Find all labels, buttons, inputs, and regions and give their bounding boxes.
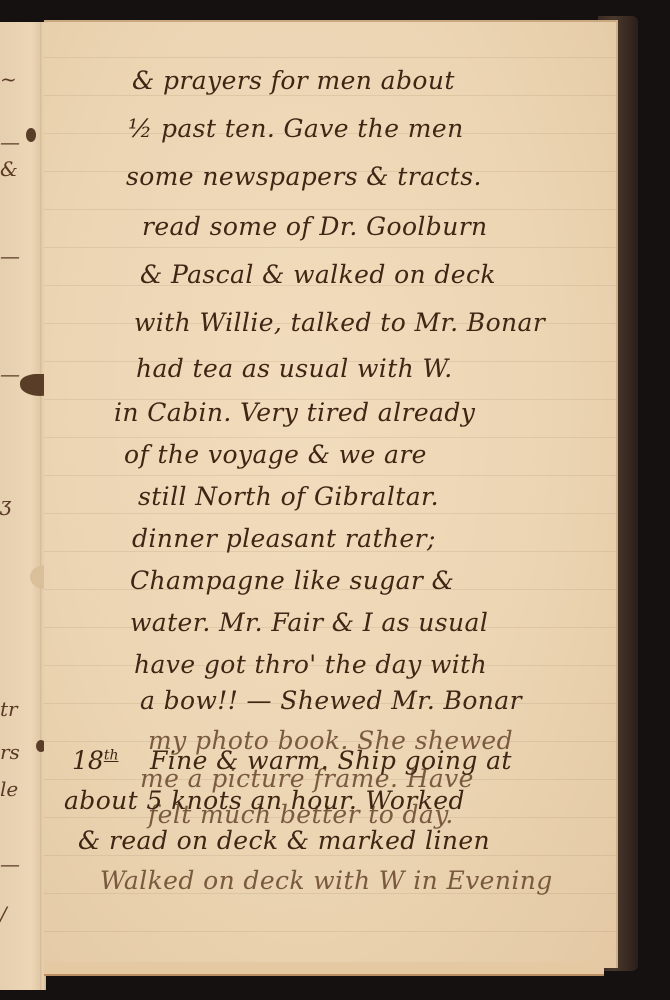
diary-line: in Cabin. Very tired already <box>114 398 475 427</box>
diary-line: ½ past ten. Gave the men <box>128 114 464 143</box>
diary-line: had tea as usual with W. <box>136 354 453 383</box>
diary-line: read some of Dr. Goolburn <box>142 212 488 241</box>
left-page-mark: / <box>0 902 30 926</box>
diary-line: dinner pleasant rather; <box>132 524 436 553</box>
diary-line: Walked on deck with W in Evening <box>100 866 553 895</box>
diary-line: & Pascal & walked on deck <box>140 260 496 289</box>
diary-line: of the voyage & we are <box>124 440 427 469</box>
page-bottom-edge <box>44 962 604 976</box>
diary-line: Fine & warm. Ship going at <box>150 746 512 775</box>
left-page-mark: — <box>0 852 30 876</box>
diary-line: about 5 knots an hour. Worked <box>64 786 465 815</box>
diary-line: a bow!! — Shewed Mr. Bonar <box>140 686 522 715</box>
diary-line: with Willie, talked to Mr. Bonar <box>134 308 545 337</box>
diary-line: & read on deck & marked linen <box>78 826 490 855</box>
left-page-mark: ʒ <box>0 492 30 516</box>
left-page-mark: ~ <box>0 67 30 91</box>
diary-line: have got thro' the day with <box>134 650 487 679</box>
left-page-mark: & <box>0 157 30 181</box>
left-page-mark: le <box>0 777 30 801</box>
diary-line: & prayers for men about <box>132 66 455 95</box>
diary-line: some newspapers & tracts. <box>126 162 482 191</box>
left-page-mark: rs <box>0 740 30 764</box>
left-page-strip: ~ — & — — ʒ tr rs le — / <box>0 22 44 990</box>
diary-line: Champagne like sugar & <box>130 566 454 595</box>
entry-date: 18th <box>72 746 118 775</box>
diary-line: water. Mr. Fair & I as usual <box>130 608 488 637</box>
left-page-mark: tr <box>0 697 30 721</box>
binding-hole <box>26 128 36 142</box>
diary-line: still North of Gibraltar. <box>138 482 439 511</box>
left-page-mark: — <box>0 244 30 268</box>
